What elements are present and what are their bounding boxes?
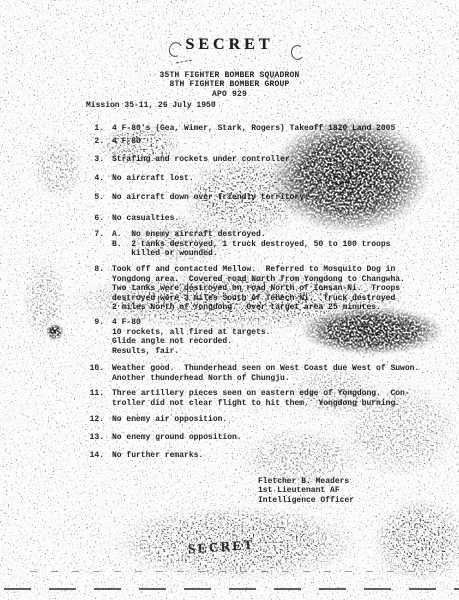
item-body: 4 F-80's (Gea, Wimer, Stark, Rogers) Tak… (112, 124, 395, 134)
report-item-8: 8. Took off and contacted Mellow. Referr… (80, 265, 405, 313)
scan-edge-dashes-upper (30, 571, 444, 572)
item-number: 4. (80, 174, 104, 184)
item-body: Took off and contacted Mellow. Referred … (112, 265, 405, 313)
report-item-5: 5. No aircraft down over friendly territ… (80, 193, 309, 203)
item-body: No casualties. (112, 214, 179, 224)
signature-title: Intelligence Officer (258, 496, 354, 505)
item-body: 4 F-80 (112, 137, 141, 147)
item-text: Two tanks were destroyed on road North o… (112, 284, 405, 294)
signature-block: Fletcher B. Meaders 1st Lieutenant AF In… (258, 477, 354, 505)
report-item-1: 1. 4 F-80's (Gea, Wimer, Stark, Rogers) … (80, 124, 395, 134)
item-body: Weather good. Thunderhead seen on West C… (112, 364, 419, 383)
item-text: Took off and contacted Mellow. Referred … (112, 265, 405, 275)
item-number: 9. (80, 318, 104, 356)
item-number: 2. (80, 137, 104, 147)
item-body: Three artillery pieces seen on eastern e… (112, 389, 410, 408)
classification-stamp-bottom: SECRET (0, 523, 451, 571)
item-number: 7. (80, 230, 104, 259)
item-body: Strafing and rockets under controller. (112, 155, 294, 165)
report-item-3: 3. Strafing and rockets under controller… (80, 155, 294, 165)
item-text: 4 F-80 (112, 137, 141, 147)
item-text: 2 miles North of Yongdong. Over target a… (112, 303, 405, 313)
item-text: Yongdong area. Covered road North from Y… (112, 275, 405, 285)
group-line: 8TH FIGHTER BOMBER GROUP (0, 80, 459, 89)
item-text: Three artillery pieces seen on eastern e… (112, 389, 410, 399)
item-text: Weather good. Thunderhead seen on West C… (112, 364, 419, 374)
item-number: 12. (80, 415, 104, 425)
item-text: killed or wounded. (112, 249, 390, 259)
item-body: No aircraft down over friendly territory… (112, 193, 309, 203)
unit-header: 35TH FIGHTER BOMBER SQUADRON 8TH FIGHTER… (0, 71, 459, 99)
item-body: No enemy air opposition. (112, 415, 227, 425)
report-item-12: 12. No enemy air opposition. (80, 415, 227, 425)
scan-edge-dashes-lower (4, 588, 459, 590)
item-body: No further remarks. (112, 451, 203, 461)
item-body: A. No enemy aircraft destroyed. B. 2 tan… (112, 230, 390, 259)
item-number: 13. (80, 433, 104, 443)
item-number: 5. (80, 193, 104, 203)
item-number: 8. (80, 265, 104, 313)
signature-rank: 1st Lieutenant AF (258, 486, 354, 495)
mission-title: Mission 35-11, 26 July 1950 (86, 101, 216, 110)
item-number: 10. (80, 364, 104, 383)
item-text: No aircraft lost. (112, 174, 194, 184)
item-text: troller did not clear flight to hit them… (112, 399, 410, 409)
signature-name: Fletcher B. Meaders (258, 477, 354, 486)
item-text: A. No enemy aircraft destroyed. (112, 230, 390, 240)
report-item-4: 4. No aircraft lost. (80, 174, 194, 184)
document-text-layer: SECRET 35TH FIGHTER BOMBER SQUADRON 8TH … (0, 0, 459, 600)
item-text: No enemy ground opposition. (112, 433, 242, 443)
report-item-9: 9. 4 F-80 10 rockets, all fired at targe… (80, 318, 270, 356)
classification-stamp-top: SECRET (0, 36, 459, 54)
report-item-14: 14. No further remarks. (80, 451, 203, 461)
item-number: 6. (80, 214, 104, 224)
item-text: B. 2 tanks destroyed, 1 truck destroyed,… (112, 240, 390, 250)
item-body: 4 F-80 10 rockets, all fired at targets.… (112, 318, 270, 356)
item-text: No further remarks. (112, 451, 203, 461)
item-text: No aircraft down over friendly territory… (112, 193, 309, 203)
item-text: 4 F-80 (112, 318, 270, 328)
report-item-6: 6. No casualties. (80, 214, 179, 224)
pen-mark (176, 60, 192, 64)
item-text: Glide angle not recorded. (112, 337, 270, 347)
item-text: 10 rockets, all fired at targets. (112, 328, 270, 338)
report-item-11: 11. Three artillery pieces seen on easte… (80, 389, 410, 408)
item-number: 1. (80, 124, 104, 134)
item-text: Another thunderhead North of Chungju. (112, 374, 419, 384)
report-item-10: 10. Weather good. Thunderhead seen on We… (80, 364, 419, 383)
item-text: Results, fair. (112, 347, 270, 357)
item-number: 14. (80, 451, 104, 461)
scanned-document-page: SECRET 35TH FIGHTER BOMBER SQUADRON 8TH … (0, 0, 459, 600)
item-text: Strafing and rockets under controller. (112, 155, 294, 165)
item-text: destroyed were 3 miles South of Tehech-N… (112, 294, 405, 304)
apo-line: APO 929 (0, 90, 459, 99)
report-item-7: 7. A. No enemy aircraft destroyed. B. 2 … (80, 230, 390, 259)
report-item-2: 2. 4 F-80 (80, 137, 141, 147)
item-text: 4 F-80's (Gea, Wimer, Stark, Rogers) Tak… (112, 124, 395, 134)
report-item-13: 13. No enemy ground opposition. (80, 433, 242, 443)
item-text: No enemy air opposition. (112, 415, 227, 425)
item-text: No casualties. (112, 214, 179, 224)
item-number: 11. (80, 389, 104, 408)
item-body: No enemy ground opposition. (112, 433, 242, 443)
squadron-line: 35TH FIGHTER BOMBER SQUADRON (0, 71, 459, 80)
item-body: No aircraft lost. (112, 174, 194, 184)
item-number: 3. (80, 155, 104, 165)
